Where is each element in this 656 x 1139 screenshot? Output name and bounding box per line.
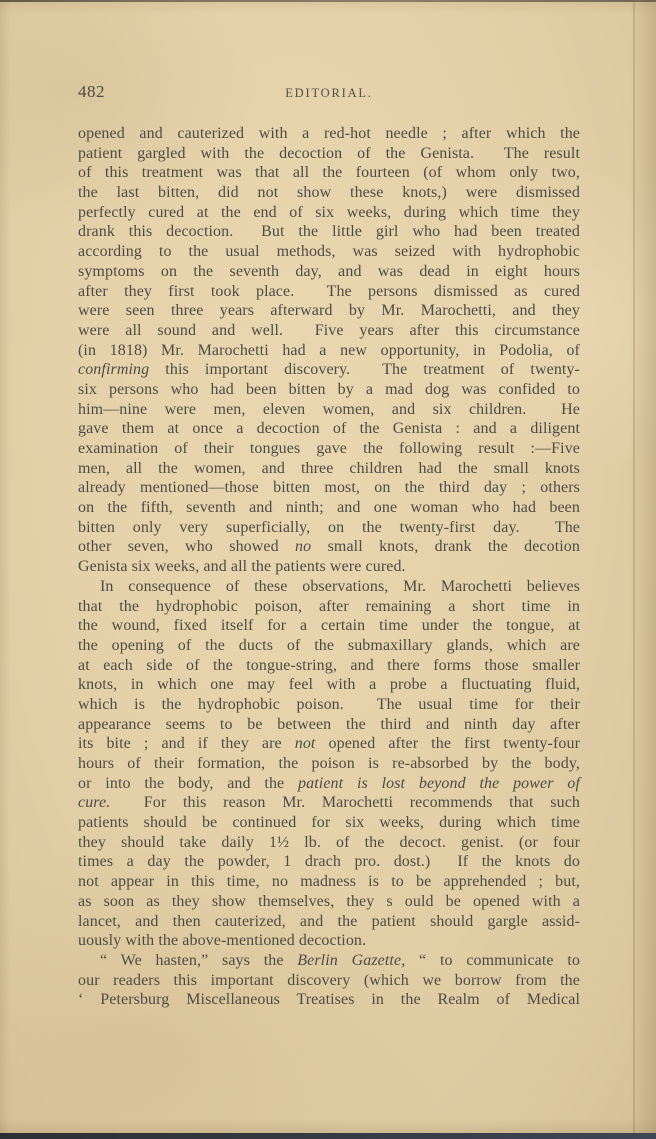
text-segment: (in 1818) Mr. Marochetti had a new oppor… bbox=[78, 342, 580, 359]
text-segment: gave them at once a decoction of the Gen… bbox=[78, 420, 580, 437]
text-line: him—nine were men, eleven women, and six… bbox=[78, 400, 580, 420]
text-segment: after they first took place. The persons… bbox=[78, 283, 580, 300]
text-line: hours of their formation, the poison is … bbox=[78, 754, 580, 774]
text-segment: they should take daily 1½ lb. of the dec… bbox=[78, 834, 580, 851]
text-segment: were seen three years afterward by Mr. M… bbox=[78, 302, 580, 319]
running-header: 482 EDITORIAL. bbox=[78, 82, 580, 104]
text-segment: patients should be continued for six wee… bbox=[78, 814, 580, 831]
text-segment: at each side of the tongue-string, and t… bbox=[78, 657, 580, 674]
text-line: our readers this important discovery (wh… bbox=[78, 971, 580, 991]
italic-text: patient is lost beyond the power of bbox=[298, 775, 580, 792]
text-line: uously with the above-mentioned decoctio… bbox=[78, 931, 580, 951]
text-segment: him—nine were men, eleven women, and six… bbox=[78, 401, 580, 418]
text-line: men, all the women, and three children h… bbox=[78, 459, 580, 479]
text-segment: knots, in which one may feel with a prob… bbox=[78, 676, 580, 693]
text-line: were all sound and well. Five years afte… bbox=[78, 321, 580, 341]
text-line: perfectly cured at the end of six weeks,… bbox=[78, 203, 580, 223]
page-content: 482 EDITORIAL. opened and cauterized wit… bbox=[78, 82, 580, 1010]
text-segment: on the fifth, seventh and ninth; and one… bbox=[78, 499, 580, 516]
text-segment: the wound, fixed itself for a certain ti… bbox=[78, 617, 580, 634]
text-segment: perfectly cured at the end of six weeks,… bbox=[78, 204, 580, 221]
paragraph: “ We hasten,” says the Berlin Gazette, “… bbox=[78, 951, 580, 1010]
text-line: examination of their tongues gave the fo… bbox=[78, 439, 580, 459]
text-segment: which is the hydrophobic poison. The usu… bbox=[78, 696, 580, 713]
text-segment: bitten only very superficially, on the t… bbox=[78, 519, 580, 536]
text-line: the wound, fixed itself for a certain ti… bbox=[78, 616, 580, 636]
text-line: its bite ; and if they are not opened af… bbox=[78, 734, 580, 754]
text-line: other seven, who showed no small knots, … bbox=[78, 537, 580, 557]
text-line: after they first took place. The persons… bbox=[78, 282, 580, 302]
text-segment: , “ to communicate to bbox=[401, 952, 580, 969]
text-segment: not appear in this time, no madness is t… bbox=[78, 873, 580, 890]
text-line: already mentioned—those bitten most, on … bbox=[78, 478, 580, 498]
text-segment: hours of their formation, the poison is … bbox=[78, 755, 580, 772]
text-segment: our readers this important discovery (wh… bbox=[78, 972, 580, 989]
paragraph: In consequence of these observations, Mr… bbox=[78, 577, 580, 951]
text-segment: the last bitten, did not show these knot… bbox=[78, 184, 580, 201]
italic-text: no bbox=[295, 538, 311, 555]
text-segment: patient gargled with the decoction of th… bbox=[78, 145, 580, 162]
text-line: patient gargled with the decoction of th… bbox=[78, 144, 580, 164]
text-segment: as soon as they show themselves, they s … bbox=[78, 893, 580, 910]
page-crease bbox=[633, 0, 635, 1139]
text-segment: ‘ Petersburg Miscellaneous Treatises in … bbox=[78, 991, 580, 1008]
text-segment: men, all the women, and three children h… bbox=[78, 460, 580, 477]
text-line: lancet, and then cauterized, and the pat… bbox=[78, 912, 580, 932]
text-segment: this important discovery. The treatment … bbox=[149, 361, 580, 378]
text-line: bitten only very superficially, on the t… bbox=[78, 518, 580, 538]
text-line: symptoms on the seventh day, and was dea… bbox=[78, 262, 580, 282]
italic-text: cure. bbox=[78, 794, 110, 811]
text-segment: were all sound and well. Five years afte… bbox=[78, 322, 580, 339]
text-line: not appear in this time, no madness is t… bbox=[78, 872, 580, 892]
text-segment: that the hydrophobic poison, after remai… bbox=[78, 598, 580, 615]
text-segment: examination of their tongues gave the fo… bbox=[78, 440, 580, 457]
text-line: of this treatment was that all the fourt… bbox=[78, 163, 580, 183]
page-bottom-edge bbox=[0, 1133, 656, 1139]
text-line: that the hydrophobic poison, after remai… bbox=[78, 597, 580, 617]
text-segment: the opening of the ducts of the submaxil… bbox=[78, 637, 580, 654]
text-line: as soon as they show themselves, they s … bbox=[78, 892, 580, 912]
text-line: Genista six weeks, and all the patients … bbox=[78, 557, 580, 577]
text-segment: drank this decoction. But the little gir… bbox=[78, 223, 580, 240]
paragraph: opened and cauterized with a red-hot nee… bbox=[78, 124, 580, 577]
text-segment: according to the usual methods, was seiz… bbox=[78, 243, 580, 260]
page-left-edge bbox=[0, 0, 10, 1139]
text-segment: uously with the above-mentioned decoctio… bbox=[78, 932, 366, 949]
text-line: on the fifth, seventh and ninth; and one… bbox=[78, 498, 580, 518]
scanned-book-page: 482 EDITORIAL. opened and cauterized wit… bbox=[0, 0, 656, 1139]
text-segment: For this reason Mr. Marochetti recommend… bbox=[110, 794, 580, 811]
text-segment: other seven, who showed bbox=[78, 538, 295, 555]
text-line: (in 1818) Mr. Marochetti had a new oppor… bbox=[78, 341, 580, 361]
text-segment: or into the body, and the bbox=[78, 775, 298, 792]
text-line: patients should be continued for six wee… bbox=[78, 813, 580, 833]
text-line: drank this decoction. But the little gir… bbox=[78, 222, 580, 242]
text-line: times a day the powder, 1 drach pro. dos… bbox=[78, 852, 580, 872]
text-line: ‘ Petersburg Miscellaneous Treatises in … bbox=[78, 990, 580, 1010]
text-line: “ We hasten,” says the Berlin Gazette, “… bbox=[78, 951, 580, 971]
text-segment: already mentioned—those bitten most, on … bbox=[78, 479, 580, 496]
text-segment: In consequence of these observations, Mr… bbox=[100, 578, 580, 595]
text-line: the opening of the ducts of the submaxil… bbox=[78, 636, 580, 656]
text-segment: six persons who had been bitten by a mad… bbox=[78, 381, 580, 398]
text-segment: its bite ; and if they are bbox=[78, 735, 295, 752]
text-segment: appearance seems to be between the third… bbox=[78, 716, 580, 733]
italic-text: confirming bbox=[78, 361, 149, 378]
text-line: opened and cauterized with a red-hot nee… bbox=[78, 124, 580, 144]
text-line: In consequence of these observations, Mr… bbox=[78, 577, 580, 597]
text-line: were seen three years afterward by Mr. M… bbox=[78, 301, 580, 321]
page-top-shadow bbox=[0, 2, 656, 14]
text-line: knots, in which one may feel with a prob… bbox=[78, 675, 580, 695]
header-title: EDITORIAL. bbox=[78, 86, 580, 101]
text-line: or into the body, and the patient is los… bbox=[78, 774, 580, 794]
text-segment: opened and cauterized with a red-hot nee… bbox=[78, 125, 580, 142]
text-segment: “ We hasten,” says the bbox=[100, 952, 297, 969]
text-line: appearance seems to be between the third… bbox=[78, 715, 580, 735]
italic-text: not bbox=[295, 735, 316, 752]
text-segment: small knots, drank the decotion bbox=[311, 538, 580, 555]
text-line: at each side of the tongue-string, and t… bbox=[78, 656, 580, 676]
text-line: gave them at once a decoction of the Gen… bbox=[78, 419, 580, 439]
text-segment: lancet, and then cauterized, and the pat… bbox=[78, 913, 580, 930]
text-line: they should take daily 1½ lb. of the dec… bbox=[78, 833, 580, 853]
text-segment: of this treatment was that all the fourt… bbox=[78, 164, 580, 181]
text-block: opened and cauterized with a red-hot nee… bbox=[78, 124, 580, 1010]
text-line: cure. For this reason Mr. Marochetti rec… bbox=[78, 793, 580, 813]
text-line: six persons who had been bitten by a mad… bbox=[78, 380, 580, 400]
text-line: according to the usual methods, was seiz… bbox=[78, 242, 580, 262]
page-bottom-shadow bbox=[0, 1119, 656, 1133]
text-segment: symptoms on the seventh day, and was dea… bbox=[78, 263, 580, 280]
text-line: the last bitten, did not show these knot… bbox=[78, 183, 580, 203]
italic-text: Berlin Gazette bbox=[297, 952, 401, 969]
text-segment: Genista six weeks, and all the patients … bbox=[78, 558, 406, 575]
text-line: which is the hydrophobic poison. The usu… bbox=[78, 695, 580, 715]
text-segment: times a day the powder, 1 drach pro. dos… bbox=[78, 853, 580, 870]
text-line: confirming this important discovery. The… bbox=[78, 360, 580, 380]
text-segment: opened after the first twenty-four bbox=[315, 735, 580, 752]
